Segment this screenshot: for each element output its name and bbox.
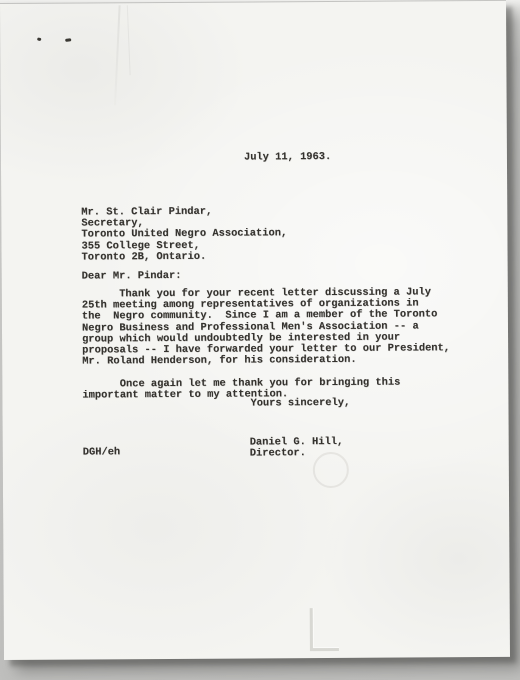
letter-page: July 11, 1963. Mr. St. Clair Pindar,Secr… <box>0 1 510 660</box>
paper-crease-thin <box>127 5 131 75</box>
signature-block: Daniel G. Hill,Director. <box>250 437 344 460</box>
closing-text: Yours sincerely, <box>250 398 350 410</box>
salutation-text: Dear Mr. Pindar: <box>82 271 182 283</box>
closing-line: Yours sincerely, <box>250 398 350 410</box>
paper-crease <box>114 5 121 105</box>
salutation: Dear Mr. Pindar: <box>82 271 182 283</box>
body-paragraph-1: Thank you for your recent letter discuss… <box>82 287 451 401</box>
typist-initials: DGH/eh <box>83 447 120 458</box>
text-line: Director. <box>250 448 344 460</box>
faint-corner-mark <box>310 608 339 651</box>
typist-initials-text: DGH/eh <box>83 447 120 458</box>
text-line: Toronto 2B, Ontario. <box>82 251 288 263</box>
scan-background: July 11, 1963. Mr. St. Clair Pindar,Secr… <box>0 0 520 680</box>
ink-speck-right <box>65 38 71 42</box>
letter-date-text: July 11, 1963. <box>244 152 331 164</box>
ink-speck-left <box>37 37 42 41</box>
letter-date: July 11, 1963. <box>244 152 331 164</box>
recipient-address-block: Mr. St. Clair Pindar,Secretary,Toronto U… <box>81 206 287 263</box>
